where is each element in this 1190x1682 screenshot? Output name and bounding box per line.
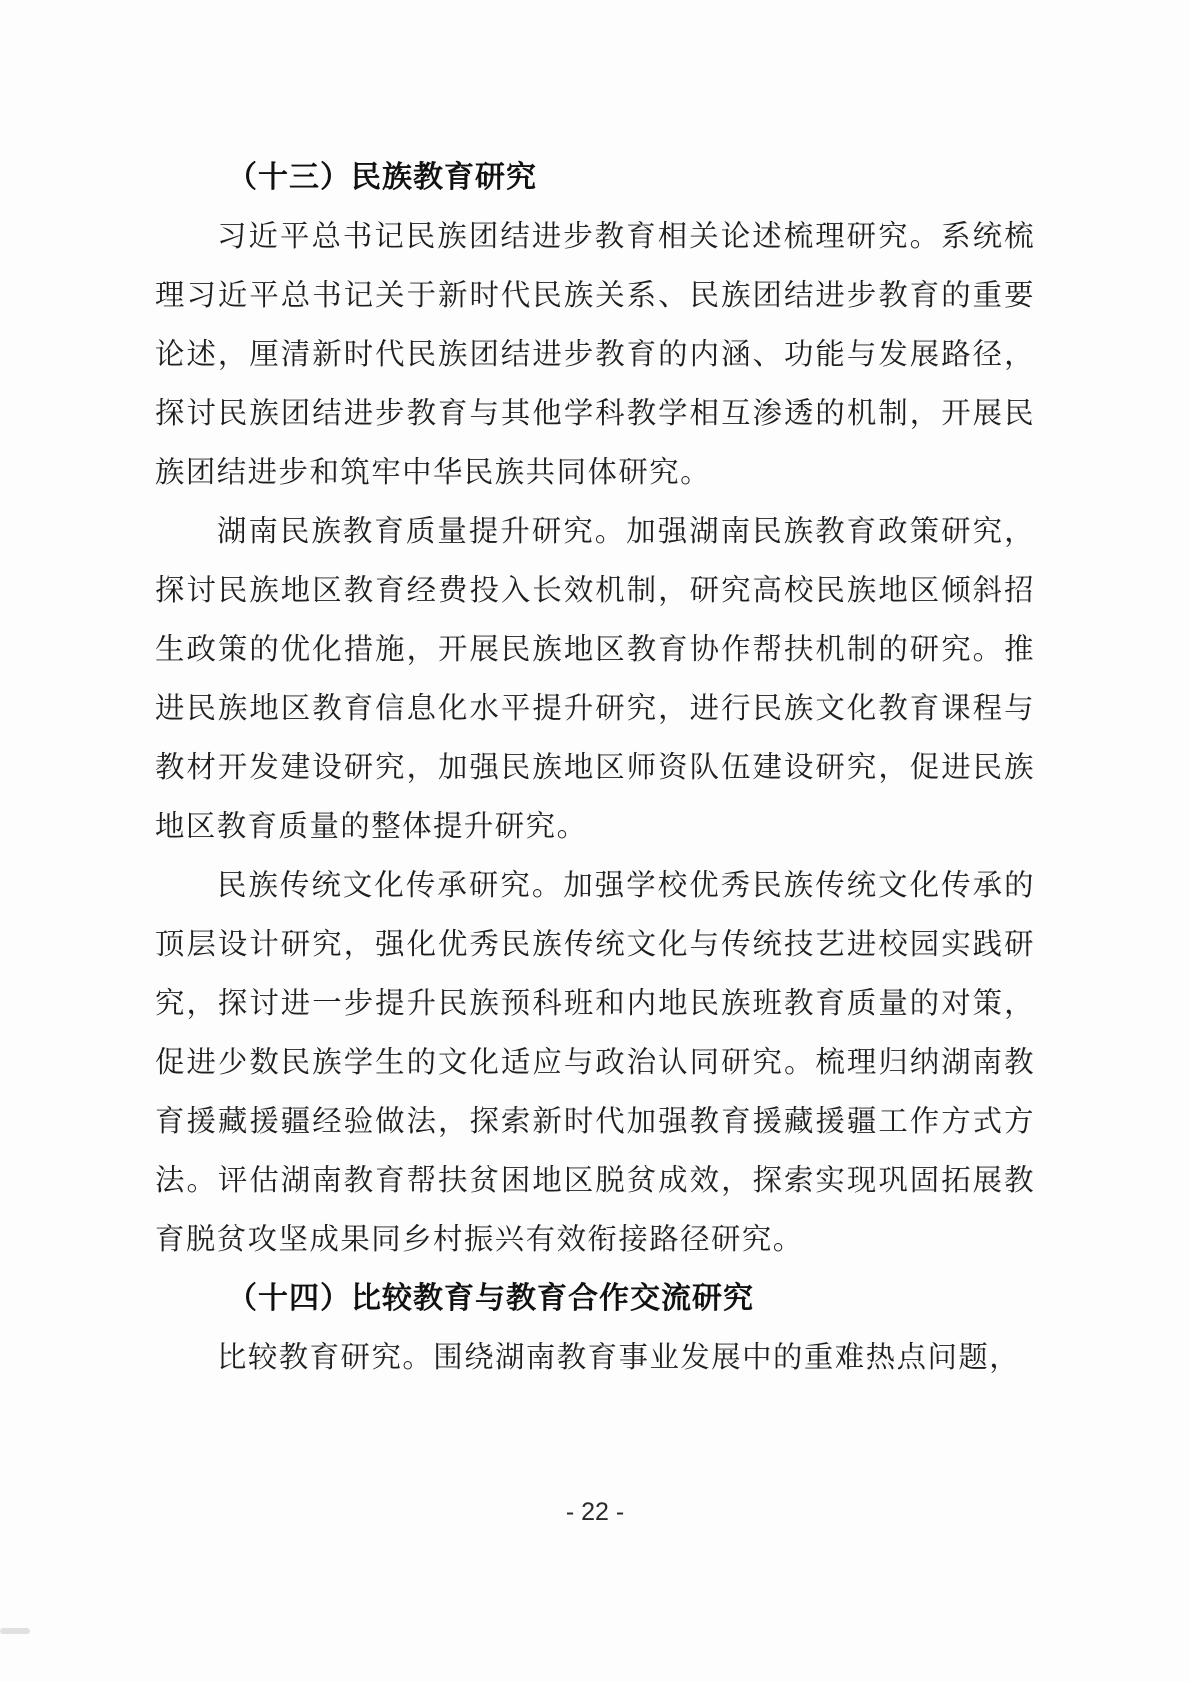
paragraph: 湖南民族教育质量提升研究。加强湖南民族教育政策研究，探讨民族地区教育经费投入长效… bbox=[155, 502, 1035, 856]
section-heading-13: （十三）民族教育研究 bbox=[155, 148, 1035, 207]
page-number: - 22 - bbox=[0, 1498, 1190, 1527]
paragraph: 比较教育研究。围绕湖南教育事业发展中的重难热点问题， bbox=[155, 1328, 1035, 1387]
paragraph: 习近平总书记民族团结进步教育相关论述梳理研究。系统梳理习近平总书记关于新时代民族… bbox=[155, 207, 1035, 502]
scan-artifact bbox=[0, 1628, 30, 1634]
document-body: （十三）民族教育研究 习近平总书记民族团结进步教育相关论述梳理研究。系统梳理习近… bbox=[155, 148, 1035, 1387]
paragraph: 民族传统文化传承研究。加强学校优秀民族传统文化传承的顶层设计研究，强化优秀民族传… bbox=[155, 856, 1035, 1269]
section-heading-14: （十四）比较教育与教育合作交流研究 bbox=[155, 1269, 1035, 1328]
